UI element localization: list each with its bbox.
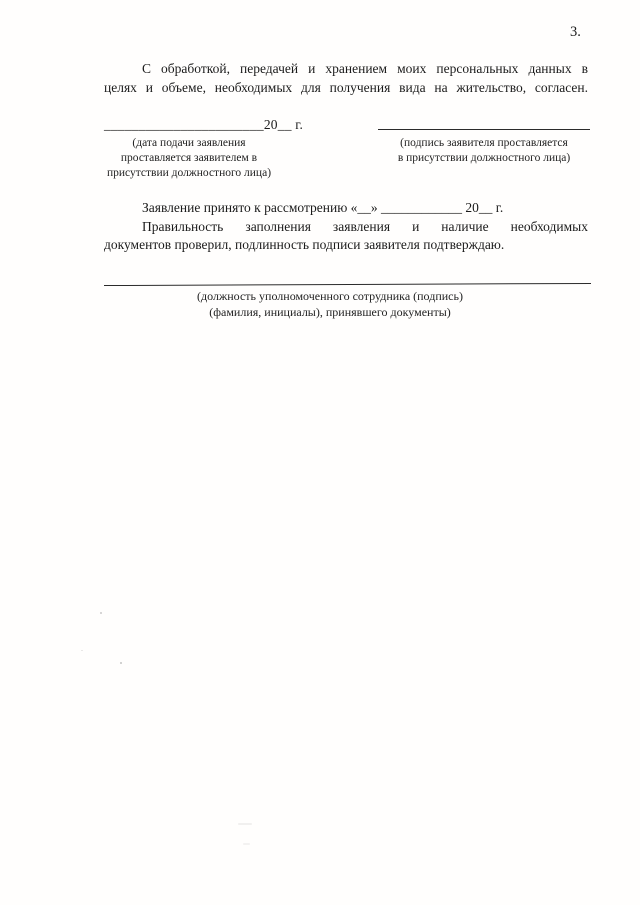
consent-paragraph-line: целях и объеме, необходимых для получени…	[104, 79, 588, 98]
acceptance-line: документов проверил, подлинность подписи…	[104, 236, 588, 255]
scan-smudge	[238, 823, 252, 825]
acceptance-line: Заявление принято к рассмотрению «__» __…	[104, 199, 588, 218]
scan-speck	[81, 650, 83, 651]
date-caption-line: (дата подачи заявления	[104, 136, 274, 151]
official-signature-line	[104, 283, 591, 286]
official-caption-line: (должность уполномоченного сотрудника (п…	[104, 289, 556, 305]
signature-fill-line	[378, 117, 590, 130]
signature-caption: (подпись заявителя проставляется в прису…	[378, 136, 590, 166]
acceptance-paragraph: Заявление принято к рассмотрению «__» __…	[104, 199, 588, 255]
date-signature-block: _______________________20__ г. (дата под…	[104, 116, 314, 181]
acceptance-line: Правильность заполнения заявления и нали…	[104, 218, 588, 237]
official-caption: (должность уполномоченного сотрудника (п…	[104, 289, 556, 320]
consent-paragraph: С обработкой, передачей и хранением моих…	[104, 60, 588, 97]
applicant-signature-block: (подпись заявителя проставляется в прису…	[378, 117, 590, 166]
page-number: 3.	[570, 24, 581, 41]
date-fill-line: _______________________20__ г.	[104, 116, 314, 134]
date-caption-line: присутствии должностного лица)	[104, 166, 274, 181]
official-caption-line: (фамилия, инициалы), принявшего документ…	[104, 305, 556, 321]
signature-caption-line: в присутствии должностного лица)	[378, 151, 590, 166]
scan-smudge	[243, 843, 250, 845]
scan-speck	[120, 662, 122, 664]
scan-speck	[100, 612, 102, 614]
date-caption: (дата подачи заявления проставляется зая…	[104, 136, 274, 181]
date-caption-line: проставляется заявителем в	[104, 151, 274, 166]
scanned-form-page: 3. С обработкой, передачей и хранением м…	[0, 0, 640, 905]
consent-paragraph-line: С обработкой, передачей и хранением моих…	[104, 60, 588, 79]
signature-caption-line: (подпись заявителя проставляется	[378, 136, 590, 151]
